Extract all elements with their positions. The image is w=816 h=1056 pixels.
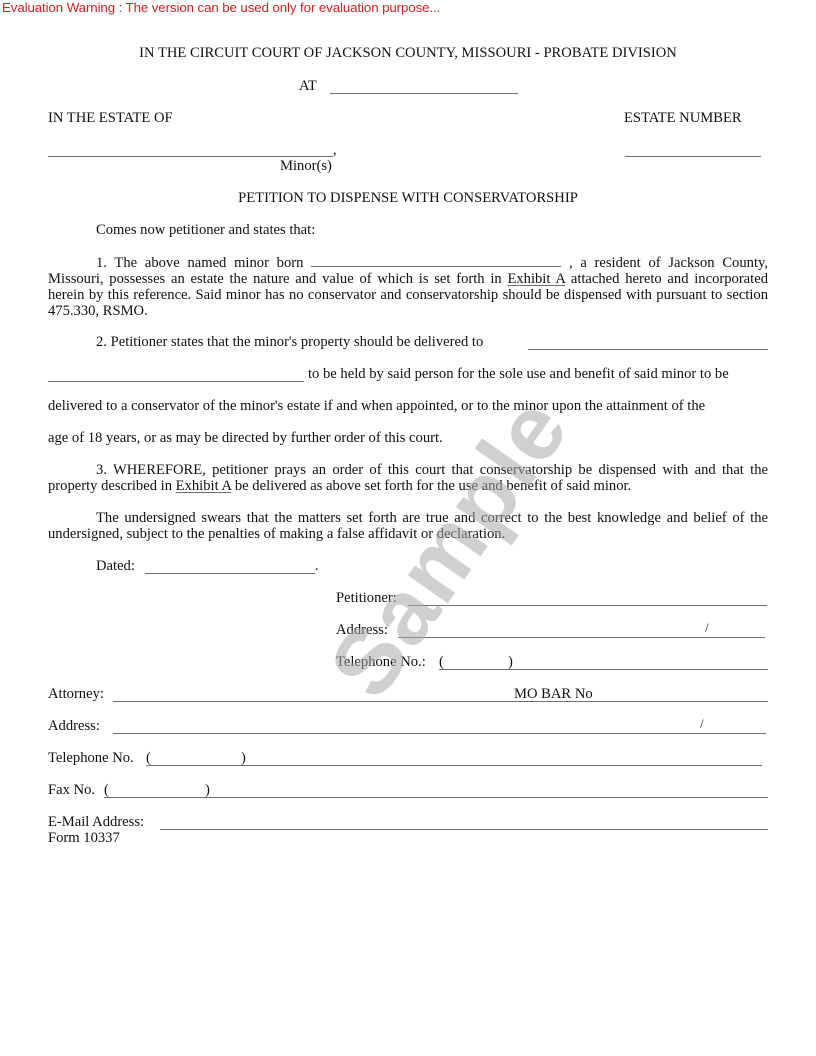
oath-paragraph: The undersigned swears that the matters … xyxy=(48,510,768,542)
petitioner-telephone-label: Telephone No.: xyxy=(336,654,426,671)
petitioner-address-slash: / xyxy=(705,620,709,636)
birth-date-field[interactable] xyxy=(311,254,561,267)
dated-field[interactable] xyxy=(145,573,315,574)
at-label: AT xyxy=(299,78,317,95)
attorney-field[interactable] xyxy=(113,701,768,702)
minor-name-field[interactable] xyxy=(48,156,333,157)
estate-number-label: ESTATE NUMBER xyxy=(624,110,742,127)
comma: , xyxy=(333,142,337,159)
fax-label: Fax No. xyxy=(48,782,95,799)
court-heading: IN THE CIRCUIT COURT OF JACKSON COUNTY, … xyxy=(0,45,816,62)
paragraph-1: 1. The above named minor born , a reside… xyxy=(48,254,768,319)
paragraph-3: 3. WHEREFORE, petitioner prays an order … xyxy=(48,462,768,494)
attorney-label: Attorney: xyxy=(48,686,104,703)
petitioner-label: Petitioner: xyxy=(336,590,397,607)
para2-line3: delivered to a conservator of the minor'… xyxy=(48,398,705,415)
attorney-address-slash: / xyxy=(700,716,704,732)
minor-label: Minor(s) xyxy=(280,158,332,175)
delivered-to-field-1[interactable] xyxy=(528,349,768,350)
petitioner-address-field[interactable] xyxy=(398,637,765,638)
para3-end: be delivered as above set forth for the … xyxy=(235,478,631,494)
para1-start: 1. The above named minor born xyxy=(96,255,303,271)
exhibit-a-reference: Exhibit A xyxy=(507,271,565,287)
delivered-to-field-2[interactable] xyxy=(48,381,304,382)
attorney-telephone-field[interactable] xyxy=(146,765,762,766)
estate-number-field[interactable] xyxy=(625,156,761,157)
petitioner-address-label: Address: xyxy=(336,622,388,639)
estate-of-label: IN THE ESTATE OF xyxy=(48,110,173,127)
intro-text: Comes now petitioner and states that: xyxy=(96,222,315,239)
at-field[interactable] xyxy=(330,93,518,94)
dated-period: . xyxy=(315,558,319,575)
petitioner-field[interactable] xyxy=(408,605,767,606)
attorney-address-label: Address: xyxy=(48,718,100,735)
attorney-telephone-label: Telephone No. xyxy=(48,750,134,767)
petition-title: PETITION TO DISPENSE WITH CONSERVATORSHI… xyxy=(0,190,816,207)
petitioner-telephone-field[interactable] xyxy=(439,669,768,670)
fax-field[interactable] xyxy=(104,797,768,798)
attorney-address-field[interactable] xyxy=(113,733,766,734)
form-number: Form 10337 xyxy=(48,830,120,847)
exhibit-a-reference-2: Exhibit A xyxy=(176,478,232,494)
oath-text: The undersigned swears that the matters … xyxy=(48,510,768,542)
para2-start: 2. Petitioner states that the minor's pr… xyxy=(96,334,483,351)
para2-line4: age of 18 years, or as may be directed b… xyxy=(48,430,443,447)
email-field[interactable] xyxy=(160,829,768,830)
dated-label: Dated: xyxy=(96,558,135,575)
para2-line2: to be held by said person for the sole u… xyxy=(308,366,768,383)
evaluation-warning: Evaluation Warning : The version can be … xyxy=(2,0,440,15)
email-label: E-Mail Address: xyxy=(48,814,144,831)
